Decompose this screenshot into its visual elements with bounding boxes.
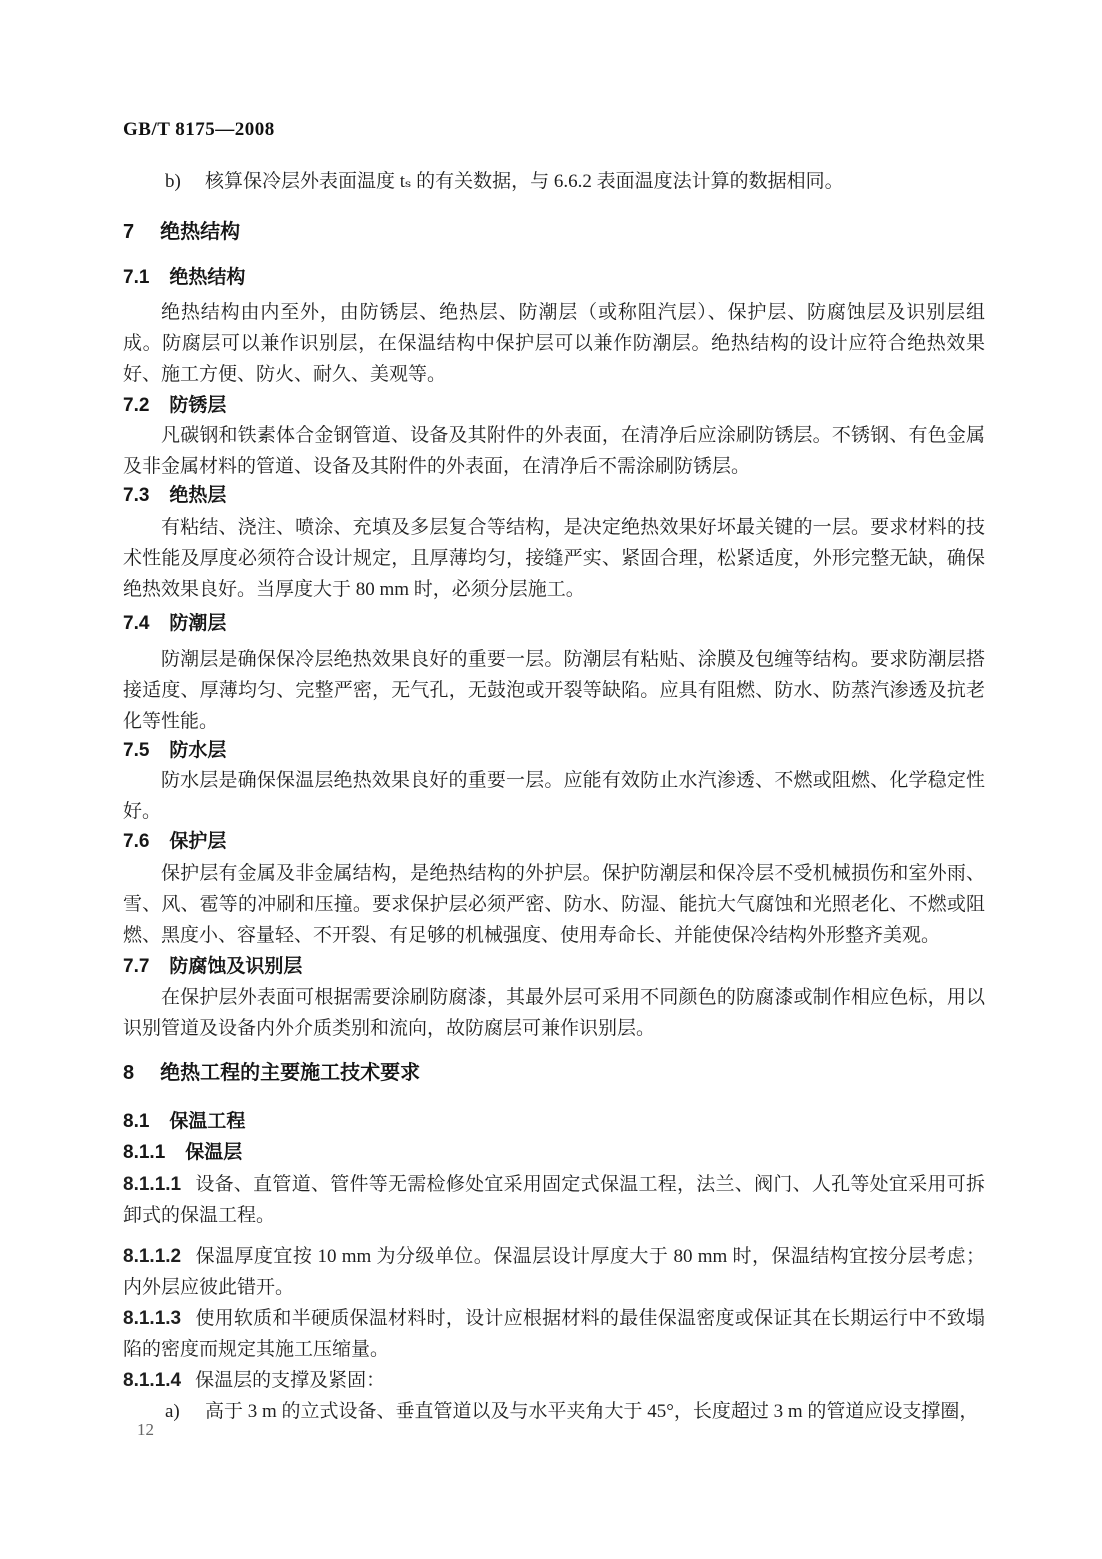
section-7-1-number: 7.1 <box>123 267 149 288</box>
section-7-1-paragraph: 绝热结构由内至外，由防锈层、绝热层、防潮层（或称阻汽层）、保护层、防腐蚀层及识别… <box>123 297 985 390</box>
section-7-5-title: 防水层 <box>169 740 226 761</box>
clause-8-1-1-1: 8.1.1.1设备、直管道、管件等无需检修处宜采用固定式保温工程，法兰、阀门、人… <box>123 1169 985 1231</box>
section-7-1-title: 绝热结构 <box>169 267 245 288</box>
clause-8-1-1-4-text: 保温层的支撑及紧固： <box>195 1370 385 1391</box>
section-7-6-number: 7.6 <box>123 831 149 852</box>
section-7-7-title: 防腐蚀及识别层 <box>169 956 302 977</box>
clause-8-1-1-4-number: 8.1.1.4 <box>123 1370 181 1391</box>
section-8-1-title: 保温工程 <box>169 1111 245 1132</box>
section-7-4-title: 防潮层 <box>169 613 226 634</box>
standard-code-header: GB/T 8175—2008 <box>123 118 985 142</box>
section-7-7-paragraph: 在保护层外表面可根据需要涂刷防腐漆，其最外层可采用不同颜色的防腐漆或制作相应色标… <box>123 982 985 1044</box>
section-7-4-heading: 7.4防潮层 <box>123 610 985 638</box>
section-8-1-heading: 8.1保温工程 <box>123 1108 985 1136</box>
page-number: 12 <box>137 1419 154 1441</box>
list-item-b-marker: b) <box>165 169 205 195</box>
section-7-2-paragraph: 凡碳钢和铁素体合金钢管道、设备及其附件的外表面，在清净后应涂刷防锈层。不锈钢、有… <box>123 420 985 482</box>
section-8-1-1-heading: 8.1.1保温层 <box>123 1139 985 1167</box>
section-7-5-heading: 7.5防水层 <box>123 737 985 765</box>
section-7-6-paragraph: 保护层有金属及非金属结构，是绝热结构的外护层。保护防潮层和保冷层不受机械损伤和室… <box>123 858 985 951</box>
list-item-b-text: 核算保冷层外表面温度 tₛ 的有关数据，与 6.6.2 表面温度法计算的数据相同… <box>205 171 844 192</box>
clause-8-1-1-4: 8.1.1.4保温层的支撑及紧固： <box>123 1365 985 1396</box>
clause-8-1-1-2: 8.1.1.2保温厚度宜按 10 mm 为分级单位。保温层设计厚度大于 80 m… <box>123 1241 985 1303</box>
section-8-1-1-number: 8.1.1 <box>123 1142 165 1163</box>
clause-8-1-1-1-text: 设备、直管道、管件等无需检修处宜采用固定式保温工程，法兰、阀门、人孔等处宜采用可… <box>123 1174 985 1226</box>
section-7-2-number: 7.2 <box>123 395 149 416</box>
section-7-5-paragraph: 防水层是确保保温层绝热效果良好的重要一层。应能有效防止水汽渗透、不燃或阻燃、化学… <box>123 765 985 827</box>
section-7-1-heading: 7.1绝热结构 <box>123 264 985 292</box>
clause-8-1-1-2-text: 保温厚度宜按 10 mm 为分级单位。保温层设计厚度大于 80 mm 时，保温结… <box>123 1246 985 1298</box>
section-7-3-number: 7.3 <box>123 485 149 506</box>
section-8-1-1-title: 保温层 <box>185 1142 242 1163</box>
section-7-6-title: 保护层 <box>169 831 226 852</box>
list-item-a: a)高于 3 m 的立式设备、垂直管道以及与水平夹角大于 45°，长度超过 3 … <box>123 1396 985 1427</box>
section-7-3-heading: 7.3绝热层 <box>123 482 985 510</box>
clause-8-1-1-3-text: 使用软质和半硬质保温材料时，设计应根据材料的最佳保温密度或保证其在长期运行中不致… <box>123 1308 985 1360</box>
chapter-7-title: 绝热结构 <box>160 221 240 243</box>
clause-8-1-1-3: 8.1.1.3使用软质和半硬质保温材料时，设计应根据材料的最佳保温密度或保证其在… <box>123 1303 985 1365</box>
section-7-7-heading: 7.7防腐蚀及识别层 <box>123 953 985 981</box>
list-item-a-marker: a) <box>165 1396 205 1427</box>
section-7-3-title: 绝热层 <box>169 485 226 506</box>
section-7-6-heading: 7.6保护层 <box>123 828 985 856</box>
chapter-7-heading: 7绝热结构 <box>123 218 985 246</box>
list-item-a-text: 高于 3 m 的立式设备、垂直管道以及与水平夹角大于 45°，长度超过 3 m … <box>205 1401 978 1422</box>
chapter-8-title: 绝热工程的主要施工技术要求 <box>160 1062 420 1084</box>
section-7-5-number: 7.5 <box>123 740 149 761</box>
clause-8-1-1-3-number: 8.1.1.3 <box>123 1308 181 1329</box>
chapter-8-heading: 8绝热工程的主要施工技术要求 <box>123 1059 985 1087</box>
chapter-7-number: 7 <box>123 221 134 243</box>
chapter-8-number: 8 <box>123 1062 134 1084</box>
section-7-3-paragraph: 有粘结、浇注、喷涂、充填及多层复合等结构，是决定绝热效果好坏最关键的一层。要求材… <box>123 512 985 605</box>
list-item-b: b)核算保冷层外表面温度 tₛ 的有关数据，与 6.6.2 表面温度法计算的数据… <box>123 169 985 195</box>
section-7-2-title: 防锈层 <box>169 395 226 416</box>
section-7-2-heading: 7.2防锈层 <box>123 392 985 420</box>
section-7-7-number: 7.7 <box>123 956 149 977</box>
section-8-1-number: 8.1 <box>123 1111 149 1132</box>
clause-8-1-1-1-number: 8.1.1.1 <box>123 1174 181 1195</box>
section-7-4-paragraph: 防潮层是确保保冷层绝热效果良好的重要一层。防潮层有粘贴、涂膜及包缠等结构。要求防… <box>123 644 985 737</box>
clause-8-1-1-2-number: 8.1.1.2 <box>123 1246 181 1267</box>
document-page: GB/T 8175—2008 b)核算保冷层外表面温度 tₛ 的有关数据，与 6… <box>0 0 1102 1559</box>
section-7-4-number: 7.4 <box>123 613 149 634</box>
